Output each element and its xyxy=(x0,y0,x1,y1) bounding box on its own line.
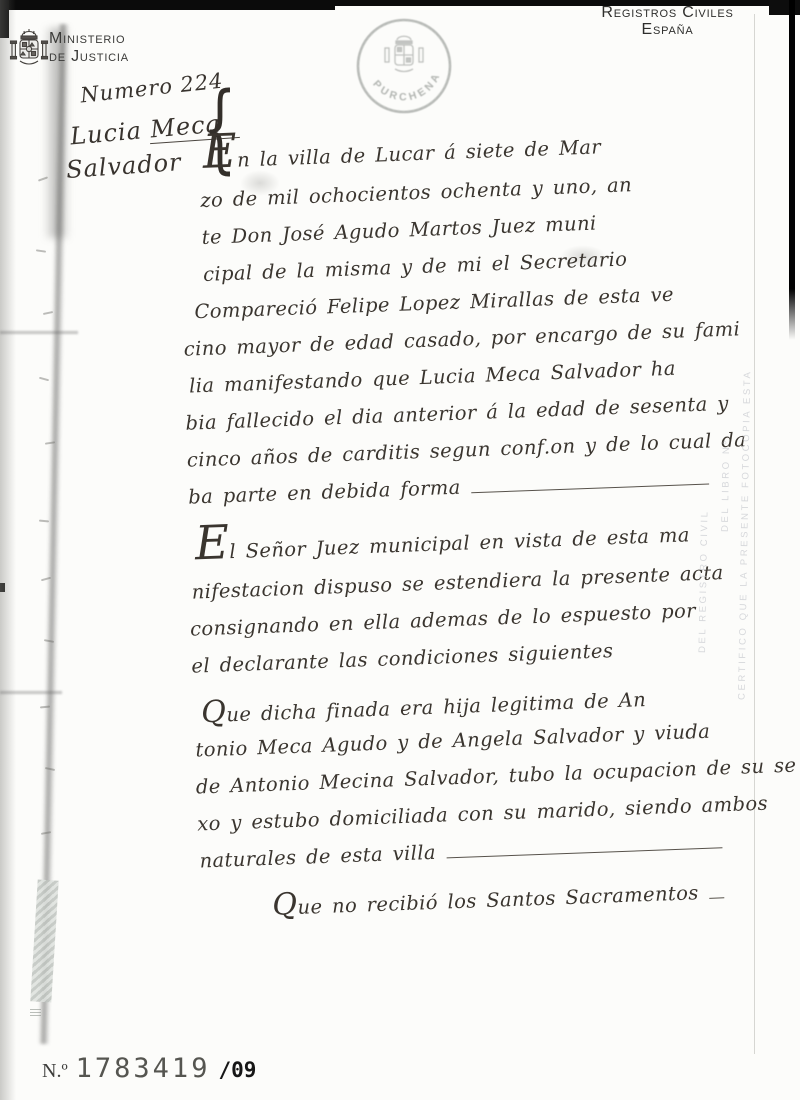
security-strip xyxy=(30,879,58,1002)
ministry-header: Ministerio de Justicia xyxy=(49,30,129,66)
margin-mark xyxy=(36,249,46,252)
ministry-line2: de Justicia xyxy=(49,48,129,66)
bleedthrough-text: DEL LIBRO Nº xyxy=(720,382,734,532)
document-serial-number: N.º 1783419 /09 xyxy=(42,1053,256,1084)
manuscript: En la villa de Lucar á siete de Marzo de… xyxy=(172,117,729,934)
scan-edge-top-left xyxy=(0,0,335,10)
margin-deceased-name-line2: Salvador xyxy=(65,148,182,184)
ministry-line1: Ministerio xyxy=(49,30,129,48)
serial-number: 1783419 xyxy=(76,1053,211,1084)
manuscript-line: Que no recibió los Santos Sacramentos xyxy=(272,878,699,920)
scanned-civil-registry-document: Ministerio de Justicia Registros Civiles… xyxy=(0,0,800,1100)
manuscript-rule xyxy=(471,484,709,494)
margin-mark xyxy=(39,520,49,523)
purchena-round-stamp: PURCHENA xyxy=(346,14,462,124)
scan-edge-right xyxy=(789,0,795,340)
registry-line1: Registros Civiles xyxy=(585,4,750,21)
left-edge-shading xyxy=(0,0,16,1100)
horizontal-fold-line xyxy=(0,331,78,334)
manuscript-rule xyxy=(709,897,724,899)
registry-header: Registros Civiles España xyxy=(585,4,750,38)
manuscript-line: Que dicha finada era hija legitima de An xyxy=(201,685,647,727)
spain-coat-of-arms-icon xyxy=(7,26,51,74)
serial-prefix: N.º xyxy=(42,1060,68,1083)
bleedthrough-text: CERTIFICO QUE LA PRESENTE FOTOCOPIA ESTA xyxy=(737,305,755,700)
manuscript-rule xyxy=(446,847,722,858)
manuscript-line-row: Que no recibió los Santos Sacramentos xyxy=(200,877,729,933)
registry-line2: España xyxy=(585,21,750,38)
horizontal-fold-line xyxy=(0,691,62,694)
stamp-town-label: PURCHENA xyxy=(370,70,443,104)
scan-corner-top-right xyxy=(769,0,800,15)
svg-text:PURCHENA: PURCHENA xyxy=(370,70,443,104)
manuscript-line: En la villa de Lucar á siete de Mar xyxy=(202,120,601,173)
security-strip-mark xyxy=(30,1007,41,1016)
photocopy-sheet-edge xyxy=(754,14,755,1054)
serial-series: /09 xyxy=(218,1058,256,1082)
margin-mark xyxy=(39,377,49,382)
